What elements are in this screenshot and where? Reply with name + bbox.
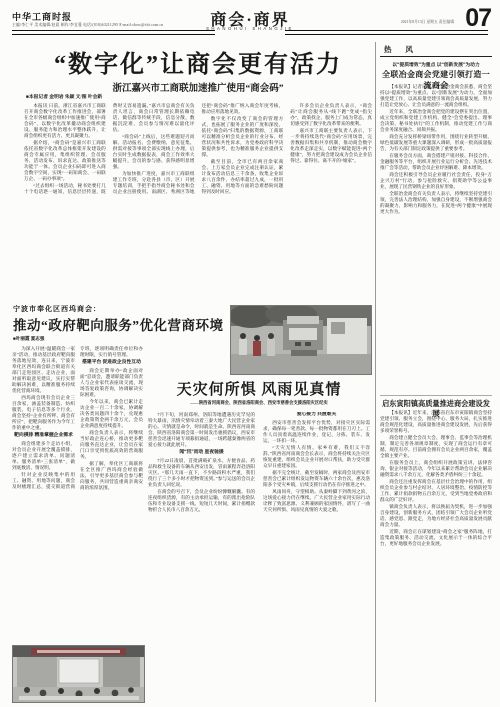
section-pinyin: SHANGHUI SHANGJIE bbox=[0, 26, 500, 31]
center-article-body: 7月下旬，河南郑州、洛阳等地遭遇历史罕见的特大暴雨，汛情灾情牵动着三秦大地广大民… bbox=[148, 412, 370, 700]
main-byline: ■本报记者 金明岩 朱颖 文/图 叶会新 bbox=[26, 93, 226, 100]
page-number: 07 bbox=[465, 4, 491, 33]
right-rail-rule bbox=[380, 56, 492, 57]
center-article-headline: 天灾何所惧 风雨见真情 bbox=[148, 378, 370, 399]
left-article-byline: ■叶丽霞 夏志强 bbox=[13, 336, 45, 342]
photo-meeting-room-image bbox=[13, 646, 144, 702]
right-article1-kicker: 以“提质增效”为重点 以“创新发展”为动力 bbox=[380, 61, 492, 68]
newspaper-page: 中华工商时报 主编/李仁平 美术编辑/赵晨 制作/李宜蔓 电话/(010)632… bbox=[0, 0, 500, 707]
main-subtitle: 浙江嘉兴市工商联加速推广使用“商会码” bbox=[24, 80, 372, 94]
right-article1-body: 【本报讯】记者日前从全联冶金商会获悉，商会坚持以“提质增效”为重点、以“创新发展… bbox=[380, 84, 492, 392]
date-line: 2021年8月13日 星期五 责任编辑 bbox=[401, 20, 454, 25]
right-rail-divider bbox=[375, 42, 376, 702]
photo-flood-relief-image bbox=[231, 306, 371, 374]
right-article2-body: 【本报讯】近年来，江苏省启东市寅阳镇商会坚持党建引领、服务立会，围绕中心、服务大… bbox=[380, 410, 492, 702]
center-article-subtitle: ——陕西省河南商会、陕西省洛阳商会、西安市慈善会支援洛阳灾区纪实 bbox=[148, 400, 370, 406]
photo-flood-relief bbox=[230, 305, 372, 375]
photo-meeting-room bbox=[12, 645, 145, 703]
right-rail-rule-2 bbox=[380, 395, 492, 396]
left-article-kicker: 宁波市奉化区西坞商会： bbox=[13, 304, 101, 314]
left-article-body: 为深入开展“温暖商会一家亲”活动，推动基层政府靶向服务落地见效，连日来，宁波市奉… bbox=[12, 346, 143, 643]
right-rail-column-label: 热 风 bbox=[384, 44, 419, 55]
main-article-body: 本报讯 日前，浙江省嘉兴市工商联召开商会数字化改革工作推进会，部署在全市各级商会… bbox=[24, 103, 372, 300]
left-article-headline: 推动“政府靶向服务”优化营商环境 bbox=[13, 314, 225, 334]
main-headline: “数字化”让商会更有活力 bbox=[24, 44, 372, 79]
